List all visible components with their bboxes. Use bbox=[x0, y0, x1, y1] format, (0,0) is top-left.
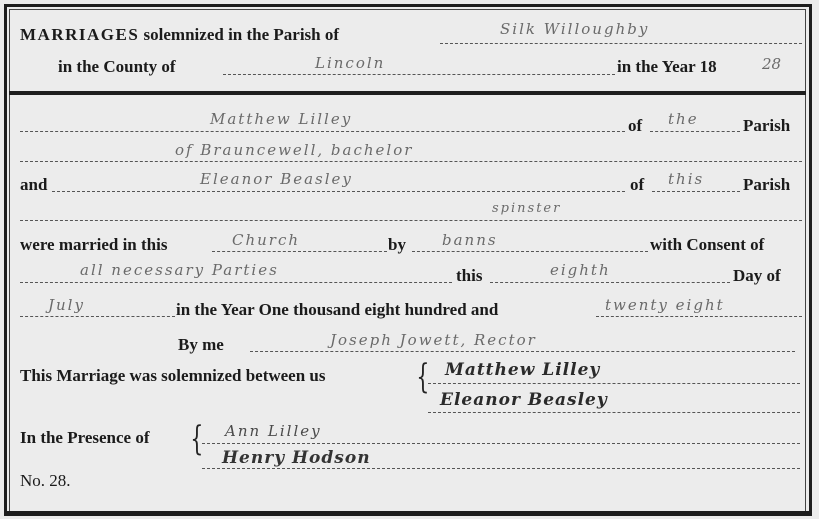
year-label: in the Year 18 bbox=[617, 58, 717, 75]
parties-label: This Marriage was solemnized between us bbox=[20, 367, 326, 384]
bride-name: Eleanor Beasley bbox=[200, 172, 353, 187]
title-caps: MARRIAGES bbox=[20, 25, 139, 44]
parties-brace-icon: { bbox=[416, 360, 429, 394]
entry-number: No. 28. bbox=[20, 472, 71, 489]
consent-label: with Consent of bbox=[650, 236, 764, 253]
groom-residence: of Brauncewell, bachelor bbox=[175, 143, 413, 158]
year-words-label: in the Year One thousand eight hundred a… bbox=[176, 301, 498, 318]
day-label: Day of bbox=[733, 267, 781, 284]
county-line bbox=[223, 74, 615, 75]
consent-value: all necessary Parties bbox=[80, 263, 279, 278]
witness-2: Henry Hodson bbox=[222, 450, 371, 467]
header-title: MARRIAGES solemnized in the Parish of bbox=[20, 26, 339, 43]
parish-line bbox=[440, 43, 802, 44]
marriage-register-entry: MARRIAGES solemnized in the Parish of Si… bbox=[0, 0, 819, 519]
header-divider bbox=[9, 91, 806, 95]
consent-line bbox=[20, 282, 452, 283]
witness-1: Ann Lilley bbox=[225, 424, 322, 439]
county-label: in the County of bbox=[58, 58, 176, 75]
by-me-label: By me bbox=[178, 336, 224, 353]
signature-1-line bbox=[428, 383, 800, 384]
bride-of-value: this bbox=[668, 172, 704, 187]
and-label: and bbox=[20, 176, 47, 193]
signature-2-line bbox=[428, 412, 800, 413]
month-line bbox=[20, 316, 175, 317]
witnesses-brace-icon: { bbox=[190, 422, 203, 456]
bride-of-label: of bbox=[630, 176, 644, 193]
married-label: were married in this bbox=[20, 236, 167, 253]
by-line bbox=[412, 251, 648, 252]
parish-value: Silk Willoughby bbox=[500, 22, 649, 37]
bride-condition: spinster bbox=[492, 202, 561, 215]
bride-parish-label: Parish bbox=[743, 176, 790, 193]
year-suffix: 28 bbox=[762, 57, 781, 72]
witnesses-label: In the Presence of bbox=[20, 429, 150, 446]
day-value: eighth bbox=[550, 263, 611, 278]
groom-parish-label: Parish bbox=[743, 117, 790, 134]
groom-of-line bbox=[650, 131, 740, 132]
groom-residence-line bbox=[20, 161, 802, 162]
by-label: by bbox=[388, 236, 406, 253]
bride-of-line bbox=[652, 191, 740, 192]
place-line bbox=[212, 251, 387, 252]
party-signature-1: Matthew Lilley bbox=[445, 362, 600, 379]
officiant-name: Joseph Jowett, Rector bbox=[330, 333, 537, 348]
bride-name-line bbox=[52, 191, 625, 192]
groom-name-line bbox=[20, 131, 625, 132]
this-label: this bbox=[456, 267, 482, 284]
witness-2-line bbox=[202, 468, 800, 469]
groom-of-value: the bbox=[668, 112, 699, 127]
place-value: Church bbox=[232, 233, 300, 248]
day-line bbox=[490, 282, 730, 283]
year-words-line bbox=[596, 316, 802, 317]
month-value: July bbox=[48, 298, 85, 313]
witness-1-line bbox=[202, 443, 800, 444]
officiant-line bbox=[250, 351, 795, 352]
groom-of-label: of bbox=[628, 117, 642, 134]
bottom-divider bbox=[4, 511, 812, 516]
title-rest: solemnized in the Parish of bbox=[144, 25, 340, 44]
by-value: banns bbox=[442, 233, 498, 248]
county-value: Lincoln bbox=[315, 56, 385, 71]
year-words-value: twenty eight bbox=[605, 298, 725, 313]
groom-name: Matthew Lilley bbox=[210, 112, 352, 127]
bride-condition-line bbox=[20, 220, 802, 221]
party-signature-2: Eleanor Beasley bbox=[440, 392, 608, 409]
